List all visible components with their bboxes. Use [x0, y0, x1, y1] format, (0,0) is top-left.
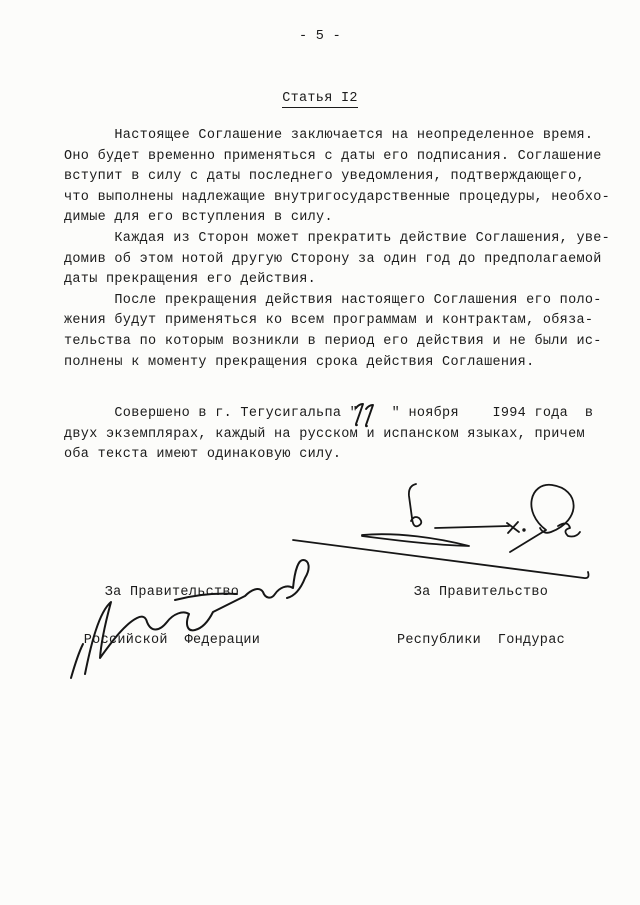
closing-line: Совершено в г. Тегусигальпа " " ноября I…: [64, 404, 593, 425]
signatory-left-line2: Российской Федерации: [74, 633, 270, 649]
signatory-right-line2: Республики Гондурас: [383, 633, 579, 649]
signatory-right-label: За Правительство Республики Гондурас: [383, 553, 579, 681]
article-title: Статья I2: [282, 91, 358, 108]
body-line: После прекращения действия настоящего Со…: [64, 291, 610, 312]
article-title-row: Статья I2: [0, 88, 640, 108]
closing-line: двух экземплярах, каждый на русском и ис…: [64, 425, 593, 446]
signatory-left-line1: За Правительство: [74, 585, 270, 601]
signatory-left-label: За Правительство Российской Федерации: [74, 553, 270, 681]
body-line: Настоящее Соглашение заключается на неоп…: [64, 126, 610, 147]
body-line: даты прекращения его действия.: [64, 270, 610, 291]
body-paragraphs: Настоящее Соглашение заключается на неоп…: [64, 126, 610, 373]
closing-paragraph: Совершено в г. Тегусигальпа " " ноября I…: [64, 404, 593, 466]
body-line: что выполнены надлежащие внутригосударст…: [64, 188, 610, 209]
body-line: тельства по которым возникли в период ег…: [64, 332, 610, 353]
body-line: димые для его вступления в силу.: [64, 208, 610, 229]
body-line: Каждая из Сторон может прекратить действ…: [64, 229, 610, 250]
body-line: жения будут применяться ко всем программ…: [64, 311, 610, 332]
signatory-right-line1: За Правительство: [383, 585, 579, 601]
body-line: домив об этом нотой другую Сторону за од…: [64, 250, 610, 271]
closing-line: оба текста имеют одинаковую силу.: [64, 445, 593, 466]
body-line: вступит в силу с даты последнего уведомл…: [64, 167, 610, 188]
body-line: полнены к моменту прекращения срока дейс…: [64, 353, 610, 374]
body-line: Оно будет временно применяться с даты ег…: [64, 147, 610, 168]
document-page: - 5 - Статья I2 Настоящее Соглашение зак…: [0, 0, 640, 905]
page-number: - 5 -: [0, 29, 640, 44]
